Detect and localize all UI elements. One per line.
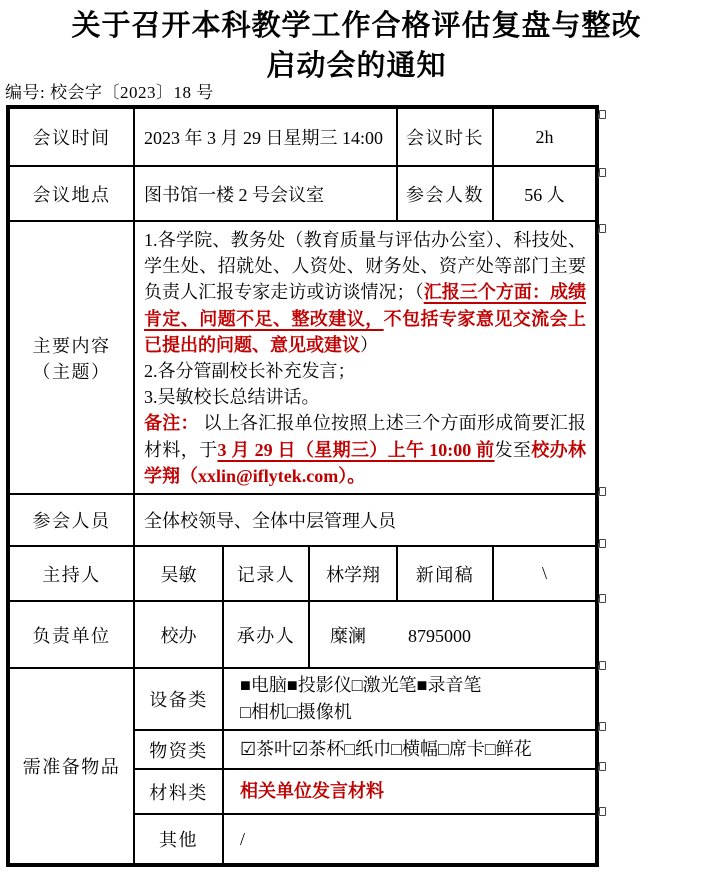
row-end-mark [599,594,606,603]
document-page: { "page": { "title": "关于召开本科教学工作合格评估复盘与整… [0,0,713,875]
page-title: 关于召开本科教学工作合格评估复盘与整改 启动会的通知 [0,6,713,86]
other-label: 其他 [134,814,223,864]
row-end-mark [599,224,606,233]
table-row: 会议地点 图书馆一楼 2 号会议室 参会人数 56 人 [9,166,596,221]
supplies-label: 物资类 [134,730,223,769]
attendee-count-label: 参会人数 [397,166,493,221]
equipment-checklist: ■电脑■投影仪□激光笔■录音笔 □相机□摄像机 [223,668,596,730]
attendees-label: 参会人员 [9,494,134,546]
row-end-mark [599,168,606,177]
other-value: / [223,814,596,864]
duration-value: 2h [493,108,596,166]
responsible-unit-value: 校办 [134,601,223,668]
press-release-label: 新闻稿 [397,546,493,601]
row-end-mark [599,661,606,670]
materials-value: 相关单位发言材料 [223,769,596,814]
row-end-mark [599,110,606,119]
host-label: 主持人 [9,546,134,601]
location-value: 图书馆一楼 2 号会议室 [134,166,397,221]
organizer-phone: 8795000 [408,626,471,646]
recorder-value: 林学翔 [309,546,397,601]
row-end-mark [599,722,606,731]
table-row: 负责单位 校办 承办人 糜澜8795000 [9,601,596,668]
attendee-count-value: 56 人 [493,166,596,221]
materials-label: 材料类 [134,769,223,814]
doc-number: 编号: 校会字〔2023〕18 号 [5,78,214,103]
organizer-label: 承办人 [223,601,309,668]
meeting-time-value: 2023 年 3 月 29 日星期三 14:00 [134,108,397,166]
responsible-unit-label: 负责单位 [9,601,134,668]
main-content-label: 主要内容 （主题） [9,221,134,494]
equipment-label: 设备类 [134,668,223,730]
main-content-text: 1.各学院、教务处（教育质量与评估办公室）、科技处、学生处、招就处、人资处、财务… [134,221,596,494]
location-label: 会议地点 [9,166,134,221]
row-end-mark [599,762,606,771]
table-row: 参会人员 全体校领导、全体中层管理人员 [9,494,596,546]
recorder-label: 记录人 [223,546,309,601]
organizer-cell: 糜澜8795000 [309,601,596,668]
table-row: 会议时间 2023 年 3 月 29 日星期三 14:00 会议时长 2h [9,108,596,166]
press-release-value: \ [493,546,596,601]
table-row: 需准备物品 设备类 ■电脑■投影仪□激光笔■录音笔 □相机□摄像机 [9,668,596,730]
duration-label: 会议时长 [397,108,493,166]
meeting-notice-table: 会议时间 2023 年 3 月 29 日星期三 14:00 会议时长 2h 会议… [6,105,599,867]
row-end-mark [599,539,606,548]
table-row: 主要内容 （主题） 1.各学院、教务处（教育质量与评估办公室）、科技处、学生处、… [9,221,596,494]
attendees-value: 全体校领导、全体中层管理人员 [134,494,596,546]
preparations-label: 需准备物品 [9,668,134,864]
supplies-checklist: ☑茶叶☑茶杯□纸巾□横幅□席卡□鲜花 [223,730,596,769]
table-row: 主持人 吴敏 记录人 林学翔 新闻稿 \ [9,546,596,601]
organizer-name: 糜澜 [330,626,366,646]
host-value: 吴敏 [134,546,223,601]
row-end-mark [599,487,606,496]
row-end-mark [599,807,606,816]
meeting-time-label: 会议时间 [9,108,134,166]
